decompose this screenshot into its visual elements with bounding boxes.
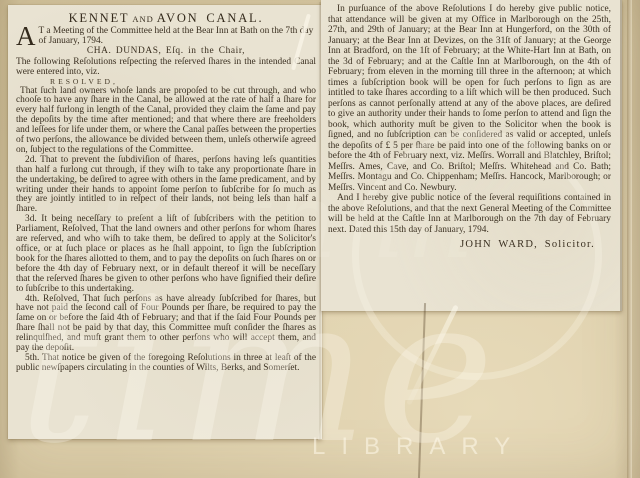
resolved-label: RESOLVED, [50,77,316,87]
paper-edge-crease [627,0,632,478]
headline-part2: AVON CANAL. [157,11,264,25]
article-headline: KENNETANDAVON CANAL. [16,11,316,26]
article-paragraph: In purſuance of the above Reſolutions I … [328,4,611,193]
column-fold-shadow [319,2,321,439]
article-paragraph: 2d. That to prevent the ſubdiviſion of ſ… [16,156,316,215]
article-paragraph: And I hereby give public notice of the ſ… [328,193,611,235]
newspaper-clipping-right-column: In purſuance of the above Reſolutions I … [321,0,622,311]
headline-part1: KENNET [69,11,130,25]
article-paragraph: That ſuch land owners whoſe lands are pr… [16,87,316,156]
scanned-newspaper-photo: KENNETANDAVON CANAL. AT a Meeting of the… [0,0,640,478]
chairman-line: CHA. DUNDAS, Eſq. in the Chair, [16,46,316,57]
drop-cap: A [16,26,39,46]
article-paragraph: 5th. That notice be given of the foregoi… [16,354,316,374]
intro-text: T a Meeting of the Committee held at the… [39,26,314,46]
article-intro: AT a Meeting of the Committee held at th… [16,26,316,46]
article-preamble: The following Reſolutions reſpecting the… [16,57,316,77]
article-paragraph: 3d. It being neceſſary to preſent a liſt… [16,215,316,294]
newspaper-clipping-left-column: KENNETANDAVON CANAL. AT a Meeting of the… [8,5,322,439]
article-paragraph: 4th. Reſolved, That ſuch perſons as have… [16,295,316,354]
signature-line: JOHN WARD, Solicitor. [328,239,611,251]
headline-and: AND [132,14,153,24]
